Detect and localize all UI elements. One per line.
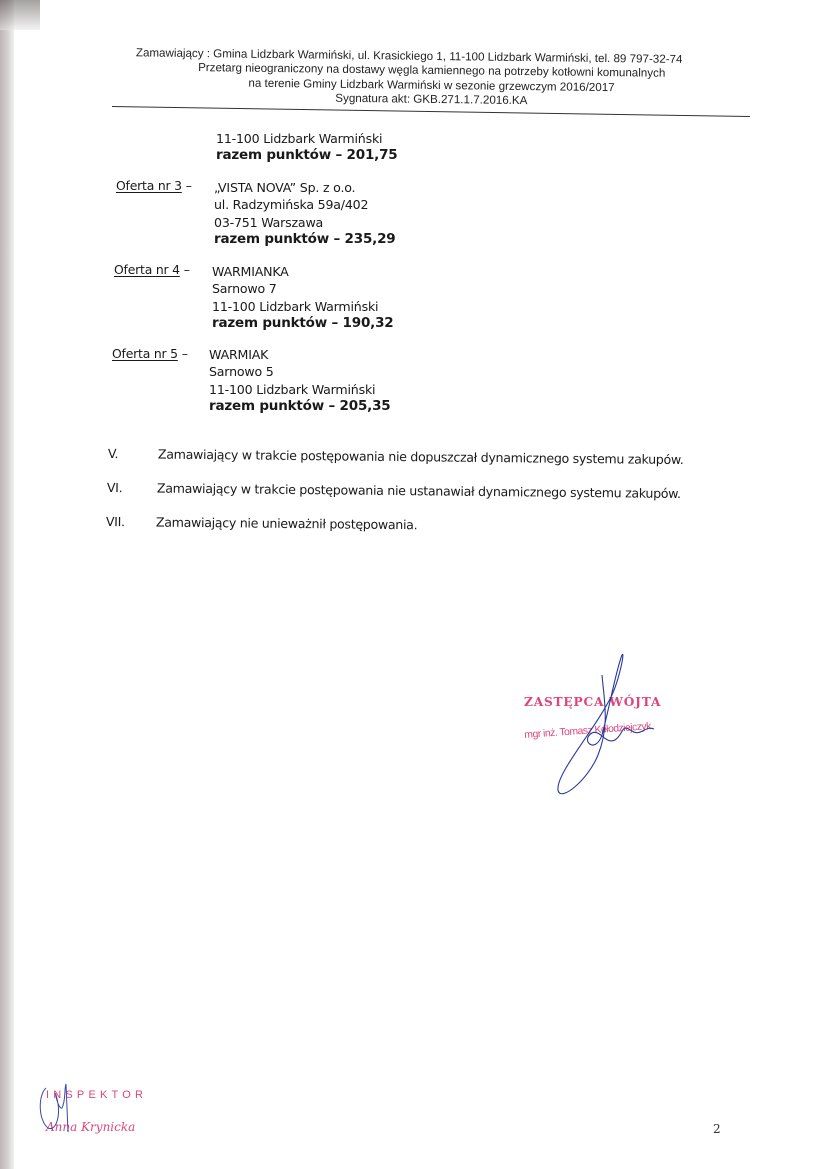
continued-offer: 11-100 Lidzbark Warmiński razem punktów … [216,130,397,165]
offer-dash: – [186,177,192,194]
offer-label-text: Oferta nr 3 [116,178,182,193]
offer-3-details: „VISTA NOVA” Sp. z o.o. ul. Radzymińska … [214,179,395,248]
offer-address-line: 11-100 Lidzbark Warmiński [216,130,397,147]
offer-street: ul. Radzymińska 59a/402 [214,196,395,213]
section-number: VII. [106,513,125,530]
offer-company-name: „VISTA NOVA” Sp. z o.o. [214,179,395,196]
scan-edge [0,0,14,1169]
section-number: V. [108,445,119,462]
offer-street: Sarnowo 7 [212,280,393,297]
offer-4-details: WARMIANKA Sarnowo 7 11-100 Lidzbark Warm… [212,263,393,332]
offer-company-name: WARMIANKA [212,263,393,280]
offer-score: razem punktów – 190,32 [212,315,393,332]
offer-dash: – [184,261,190,278]
document-header: Zamawiający : Gmina Lidzbark Warmiński, … [111,46,752,111]
offer-street: Sarnowo 5 [209,363,390,380]
offer-5-details: WARMIAK Sarnowo 5 11-100 Lidzbark Warmiń… [209,346,390,415]
offer-score: razem punktów – 201,75 [216,147,397,164]
offer-city: 03-751 Warszawa [214,214,395,231]
page-number: 2 [713,1122,721,1136]
offer-label-text: Oferta nr 4 [114,262,180,277]
offer-3-label: Oferta nr 3– [116,177,192,194]
deputy-signature-icon [540,645,680,805]
section-text: Zamawiający w trakcie postępowania nie u… [157,480,681,502]
offer-company-name: WARMIAK [209,346,390,363]
offer-4-label: Oferta nr 4– [114,261,190,278]
section-text: Zamawiający nie unieważnił postępowania. [156,514,418,534]
inspector-initials-icon [36,1080,76,1135]
scan-corner-shadow [0,0,40,30]
offer-label-text: Oferta nr 5 [112,346,178,361]
offer-city: 11-100 Lidzbark Warmiński [212,298,393,315]
offer-score: razem punktów – 235,29 [214,231,395,248]
offer-score: razem punktów – 205,35 [209,398,390,415]
offer-5-label: Oferta nr 5– [112,345,188,362]
section-number: VI. [107,479,123,496]
section-text: Zamawiający w trakcie postępowania nie d… [158,446,684,469]
offer-city: 11-100 Lidzbark Warmiński [209,381,390,398]
offer-dash: – [182,345,188,362]
